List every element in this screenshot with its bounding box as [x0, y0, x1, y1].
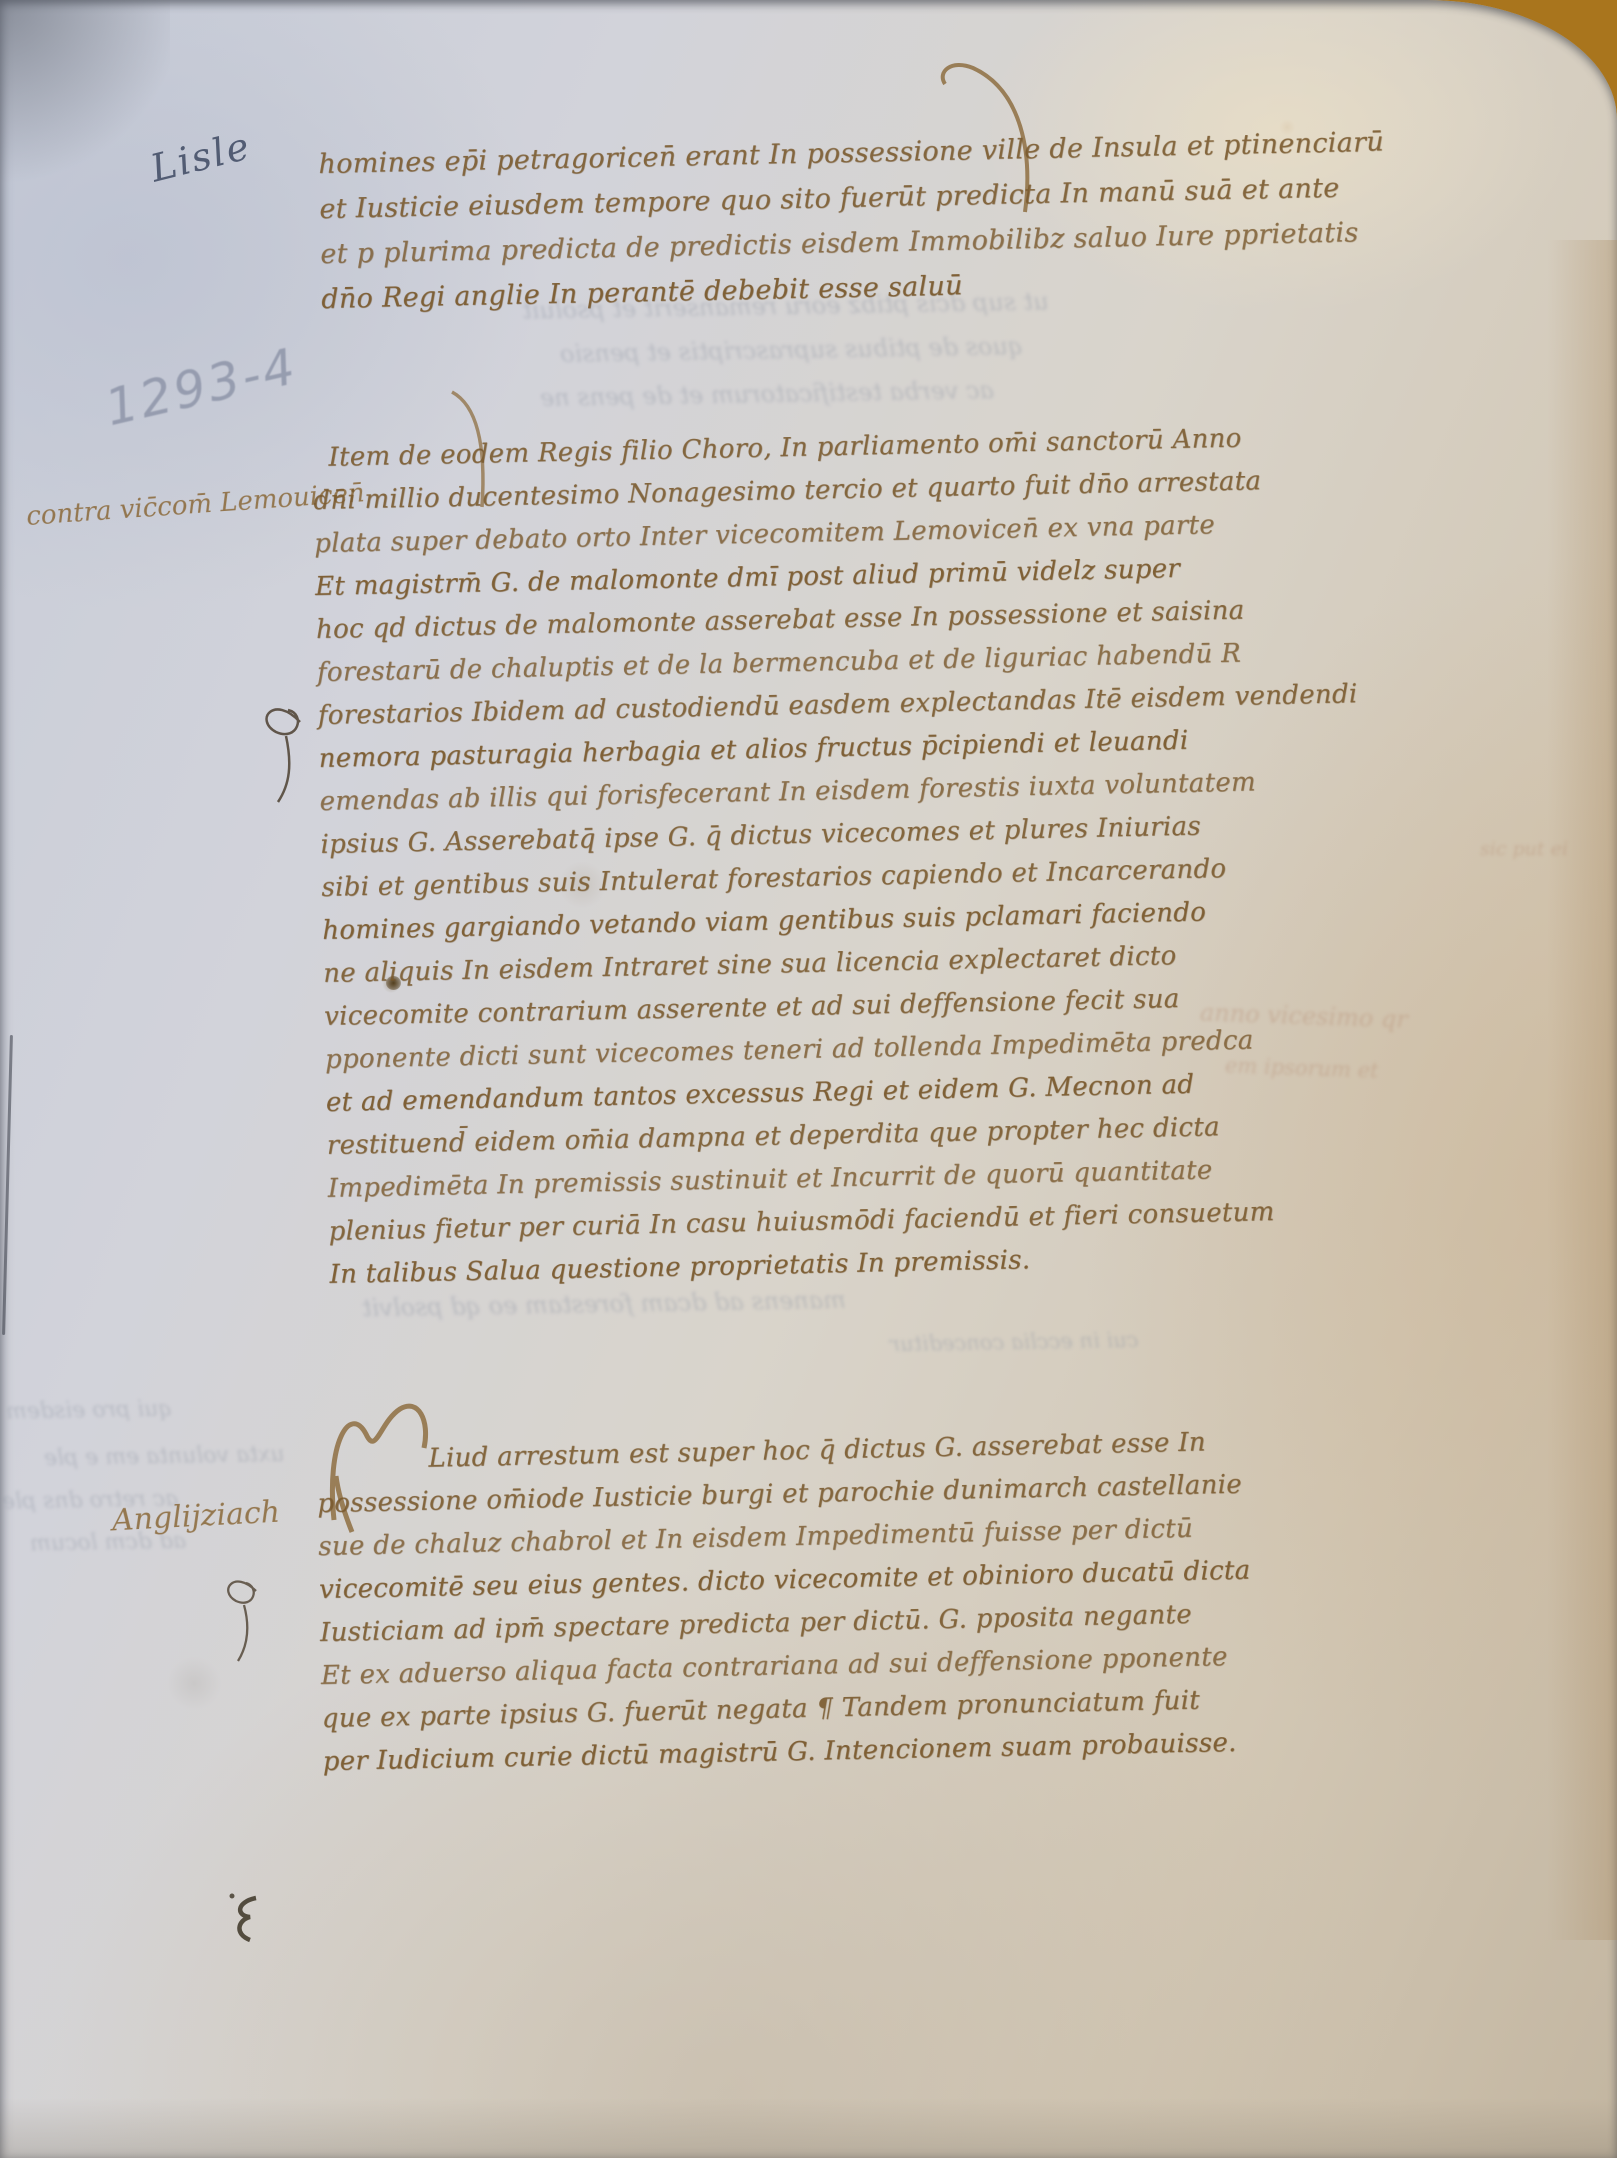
parchment-page: ut sup dcis ptibz eoru remanserit et pso…: [0, 0, 1617, 2158]
manuscript-photo: ut sup dcis ptibz eoru remanserit et pso…: [0, 0, 1617, 2158]
margin-squiggle-2: [214, 1565, 264, 1665]
paragraph-2: Item de eodem Regis filio Choro, In parl…: [312, 415, 1370, 1297]
show-through-line: sic put ei: [1480, 838, 1568, 860]
margin-note-anglijziach: Anglijziach: [111, 1498, 280, 1537]
bottom-edge-shading: [0, 2098, 1617, 2158]
margin-note-date: 1293-4: [101, 341, 302, 434]
page-corner-shadow: [0, 0, 170, 190]
gutter-edge-line: [2, 1035, 13, 1335]
show-through-line: ac verba testificatorum et de pens ne: [540, 376, 994, 412]
margin-squiggle-1: [250, 688, 310, 808]
show-through-line: qui pro eisdem: [6, 1397, 173, 1425]
paragraph-3: Liud arrestum est super hoc q̄ dictus G.…: [316, 1420, 1254, 1783]
show-through-line: uxta volunta em e ple: [44, 1442, 285, 1471]
show-through-line: quos de ptibus suprascriptis et pensio: [560, 332, 1024, 368]
right-edge-shading: [1547, 240, 1617, 1940]
paragraph-1: homines ep̄i petragoricen̄ erant In poss…: [318, 120, 1387, 322]
show-through-line: cui in ecclia conceditur: [890, 1328, 1139, 1356]
bottom-ink-mark: [222, 1888, 272, 1948]
